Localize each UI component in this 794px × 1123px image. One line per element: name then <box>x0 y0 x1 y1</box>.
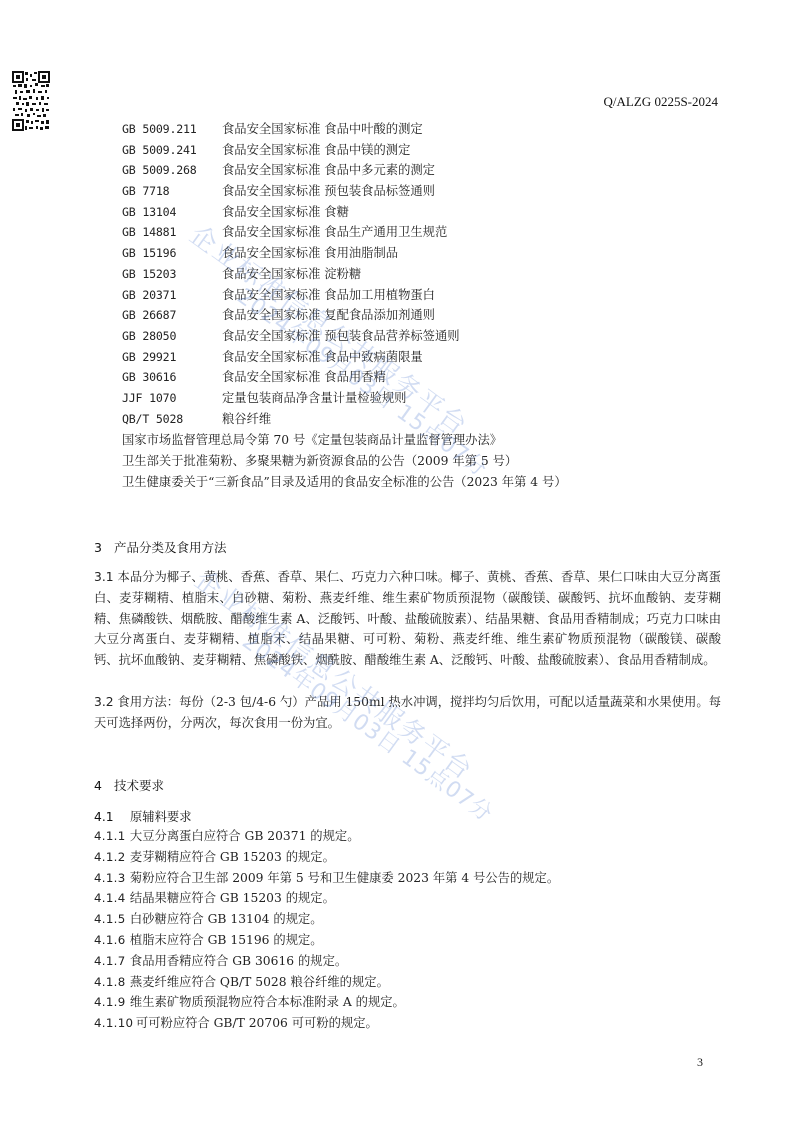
clause-number: 3.2 <box>94 695 114 709</box>
reference-code: GB 15196 <box>122 243 222 264</box>
reference-code: GB 28050 <box>122 326 222 347</box>
reference-title: 食品安全国家标准 淀粉糖 <box>222 264 361 285</box>
reference-row: GB 5009.241食品安全国家标准 食品中镁的测定 <box>122 140 460 161</box>
reference-title: 食品安全国家标准 食品中多元素的测定 <box>222 160 435 181</box>
reference-row: GB 13104食品安全国家标准 食糖 <box>122 202 460 223</box>
item-text: 结晶果糖应符合 GB 15203 的规定。 <box>130 891 335 905</box>
section-number: 3 <box>94 540 114 555</box>
item-text: 菊粉应符合卫生部 2009 年第 5 号和卫生健康委 2023 年第 4 号公告… <box>130 871 559 885</box>
clause-text: 食用方法：每份（2-3 包/4-6 勺）产品用 150ml 热水冲调，搅拌均匀后… <box>94 695 721 730</box>
page-number: 3 <box>697 1055 703 1070</box>
requirement-item: 4.1.8 燕麦纤维应符合 QB/T 5028 粮谷纤维的规定。 <box>94 972 559 993</box>
regulation-reference: 卫生部关于批准菊粉、多聚果糖为新资源食品的公告（2009 年第 5 号） <box>122 451 567 472</box>
reference-row: GB 14881食品安全国家标准 食品生产通用卫生规范 <box>122 222 460 243</box>
normative-references-list: GB 5009.211食品安全国家标准 食品中叶酸的测定 GB 5009.241… <box>122 119 460 429</box>
reference-code: GB 14881 <box>122 222 222 243</box>
requirement-item: 4.1.2 麦芽糊精应符合 GB 15203 的规定。 <box>94 847 559 868</box>
reference-title: 食品安全国家标准 食糖 <box>222 202 349 223</box>
reference-code: GB 15203 <box>122 264 222 285</box>
reference-title: 食品安全国家标准 食品中镁的测定 <box>222 140 410 161</box>
item-number: 4.1.5 <box>94 909 126 930</box>
subsection-number: 4.1 <box>94 810 130 824</box>
reference-title: 食品安全国家标准 复配食品添加剂通则 <box>222 305 435 326</box>
clause-text: 本品分为椰子、黄桃、香蕉、香草、果仁、巧克力六种口味。椰子、黄桃、香蕉、香草、果… <box>94 570 721 667</box>
reference-code: GB 5009.211 <box>122 119 222 140</box>
reference-row: QB/T 5028粮谷纤维 <box>122 409 460 430</box>
reference-row: GB 5009.268食品安全国家标准 食品中多元素的测定 <box>122 160 460 181</box>
reference-code: GB 20371 <box>122 285 222 306</box>
reference-row: GB 15196食品安全国家标准 食用油脂制品 <box>122 243 460 264</box>
reference-code: QB/T 5028 <box>122 409 222 430</box>
reference-row: GB 28050食品安全国家标准 预包装食品营养标签通则 <box>122 326 460 347</box>
item-text: 食品用香精应符合 GB 30616 的规定。 <box>130 954 347 968</box>
item-text: 大豆分离蛋白应符合 GB 20371 的规定。 <box>130 829 360 843</box>
reference-row: GB 26687食品安全国家标准 复配食品添加剂通则 <box>122 305 460 326</box>
paragraph-3-2: 3.2 食用方法：每份（2-3 包/4-6 勺）产品用 150ml 热水冲调，搅… <box>94 692 721 734</box>
item-number: 4.1.2 <box>94 847 126 868</box>
item-text: 白砂糖应符合 GB 13104 的规定。 <box>130 912 323 926</box>
reference-code: GB 5009.268 <box>122 160 222 181</box>
requirement-item: 4.1.3 菊粉应符合卫生部 2009 年第 5 号和卫生健康委 2023 年第… <box>94 868 559 889</box>
item-number: 4.1.10 <box>94 1013 132 1034</box>
reference-row: GB 20371食品安全国家标准 食品加工用植物蛋白 <box>122 285 460 306</box>
section-4-heading: 4技术要求 <box>94 776 164 794</box>
subsection-4-1-heading: 4.1原辅料要求 <box>94 807 192 825</box>
reference-title: 食品安全国家标准 食品用香精 <box>222 367 386 388</box>
document-page: Q/ALZG 0225S-2024 GB 5009.211食品安全国家标准 食品… <box>0 0 794 1123</box>
reference-title: 食品安全国家标准 食品中叶酸的测定 <box>222 119 423 140</box>
reference-code: GB 29921 <box>122 347 222 368</box>
reference-title: 食品安全国家标准 预包装食品标签通则 <box>222 181 435 202</box>
reference-title: 食品安全国家标准 食品生产通用卫生规范 <box>222 222 447 243</box>
section-title: 产品分类及食用方法 <box>114 540 227 555</box>
reference-title: 定量包装商品净含量计量检验规则 <box>222 388 406 409</box>
item-text: 麦芽糊精应符合 GB 15203 的规定。 <box>130 850 335 864</box>
item-text: 可可粉应符合 GB/T 20706 可可粉的规定。 <box>136 1016 378 1030</box>
reference-code: GB 7718 <box>122 181 222 202</box>
reference-row: GB 29921食品安全国家标准 食品中致病菌限量 <box>122 347 460 368</box>
requirement-item: 4.1.10 可可粉应符合 GB/T 20706 可可粉的规定。 <box>94 1013 559 1034</box>
reference-title: 食品安全国家标准 食用油脂制品 <box>222 243 398 264</box>
requirement-item: 4.1.4 结晶果糖应符合 GB 15203 的规定。 <box>94 888 559 909</box>
reference-row: JJF 1070定量包装商品净含量计量检验规则 <box>122 388 460 409</box>
item-text: 维生素矿物质预混物应符合本标准附录 A 的规定。 <box>130 995 405 1009</box>
qr-code-icon <box>12 70 50 132</box>
reference-code: GB 30616 <box>122 367 222 388</box>
requirement-item: 4.1.5 白砂糖应符合 GB 13104 的规定。 <box>94 909 559 930</box>
reference-code: JJF 1070 <box>122 388 222 409</box>
section-3-heading: 3产品分类及食用方法 <box>94 538 227 556</box>
item-number: 4.1.3 <box>94 868 126 889</box>
reference-code: GB 5009.241 <box>122 140 222 161</box>
item-number: 4.1.9 <box>94 992 126 1013</box>
reference-row: GB 15203食品安全国家标准 淀粉糖 <box>122 264 460 285</box>
item-number: 4.1.8 <box>94 972 126 993</box>
reference-title: 食品安全国家标准 预包装食品营养标签通则 <box>222 326 460 347</box>
item-text: 燕麦纤维应符合 QB/T 5028 粮谷纤维的规定。 <box>130 975 389 989</box>
requirement-item: 4.1.6 植脂末应符合 GB 15196 的规定。 <box>94 930 559 951</box>
subsection-title: 原辅料要求 <box>130 810 192 824</box>
regulation-reference: 国家市场监督管理总局令第 70 号《定量包装商品计量监督管理办法》 <box>122 430 567 451</box>
item-number: 4.1.6 <box>94 930 126 951</box>
requirement-item: 4.1.9 维生素矿物质预混物应符合本标准附录 A 的规定。 <box>94 992 559 1013</box>
section-title: 技术要求 <box>114 778 164 793</box>
requirement-item: 4.1.7 食品用香精应符合 GB 30616 的规定。 <box>94 951 559 972</box>
document-code: Q/ALZG 0225S-2024 <box>604 94 718 110</box>
clause-number: 3.1 <box>94 570 114 584</box>
reference-row: GB 7718食品安全国家标准 预包装食品标签通则 <box>122 181 460 202</box>
item-number: 4.1.7 <box>94 951 126 972</box>
reference-title: 食品安全国家标准 食品加工用植物蛋白 <box>222 285 435 306</box>
item-number: 4.1.4 <box>94 888 126 909</box>
requirement-item: 4.1.1 大豆分离蛋白应符合 GB 20371 的规定。 <box>94 826 559 847</box>
item-number: 4.1.1 <box>94 826 126 847</box>
raw-material-requirements: 4.1.1 大豆分离蛋白应符合 GB 20371 的规定。 4.1.2 麦芽糊精… <box>94 826 559 1034</box>
regulatory-references: 国家市场监督管理总局令第 70 号《定量包装商品计量监督管理办法》 卫生部关于批… <box>122 430 567 493</box>
regulation-reference: 卫生健康委关于“三新食品”目录及适用的食品安全标准的公告（2023 年第 4 号… <box>122 472 567 493</box>
reference-title: 粮谷纤维 <box>222 409 271 430</box>
reference-row: GB 5009.211食品安全国家标准 食品中叶酸的测定 <box>122 119 460 140</box>
reference-row: GB 30616食品安全国家标准 食品用香精 <box>122 367 460 388</box>
reference-title: 食品安全国家标准 食品中致病菌限量 <box>222 347 423 368</box>
paragraph-3-1: 3.1 本品分为椰子、黄桃、香蕉、香草、果仁、巧克力六种口味。椰子、黄桃、香蕉、… <box>94 567 721 671</box>
reference-code: GB 13104 <box>122 202 222 223</box>
section-number: 4 <box>94 778 114 793</box>
item-text: 植脂末应符合 GB 15196 的规定。 <box>130 933 323 947</box>
reference-code: GB 26687 <box>122 305 222 326</box>
